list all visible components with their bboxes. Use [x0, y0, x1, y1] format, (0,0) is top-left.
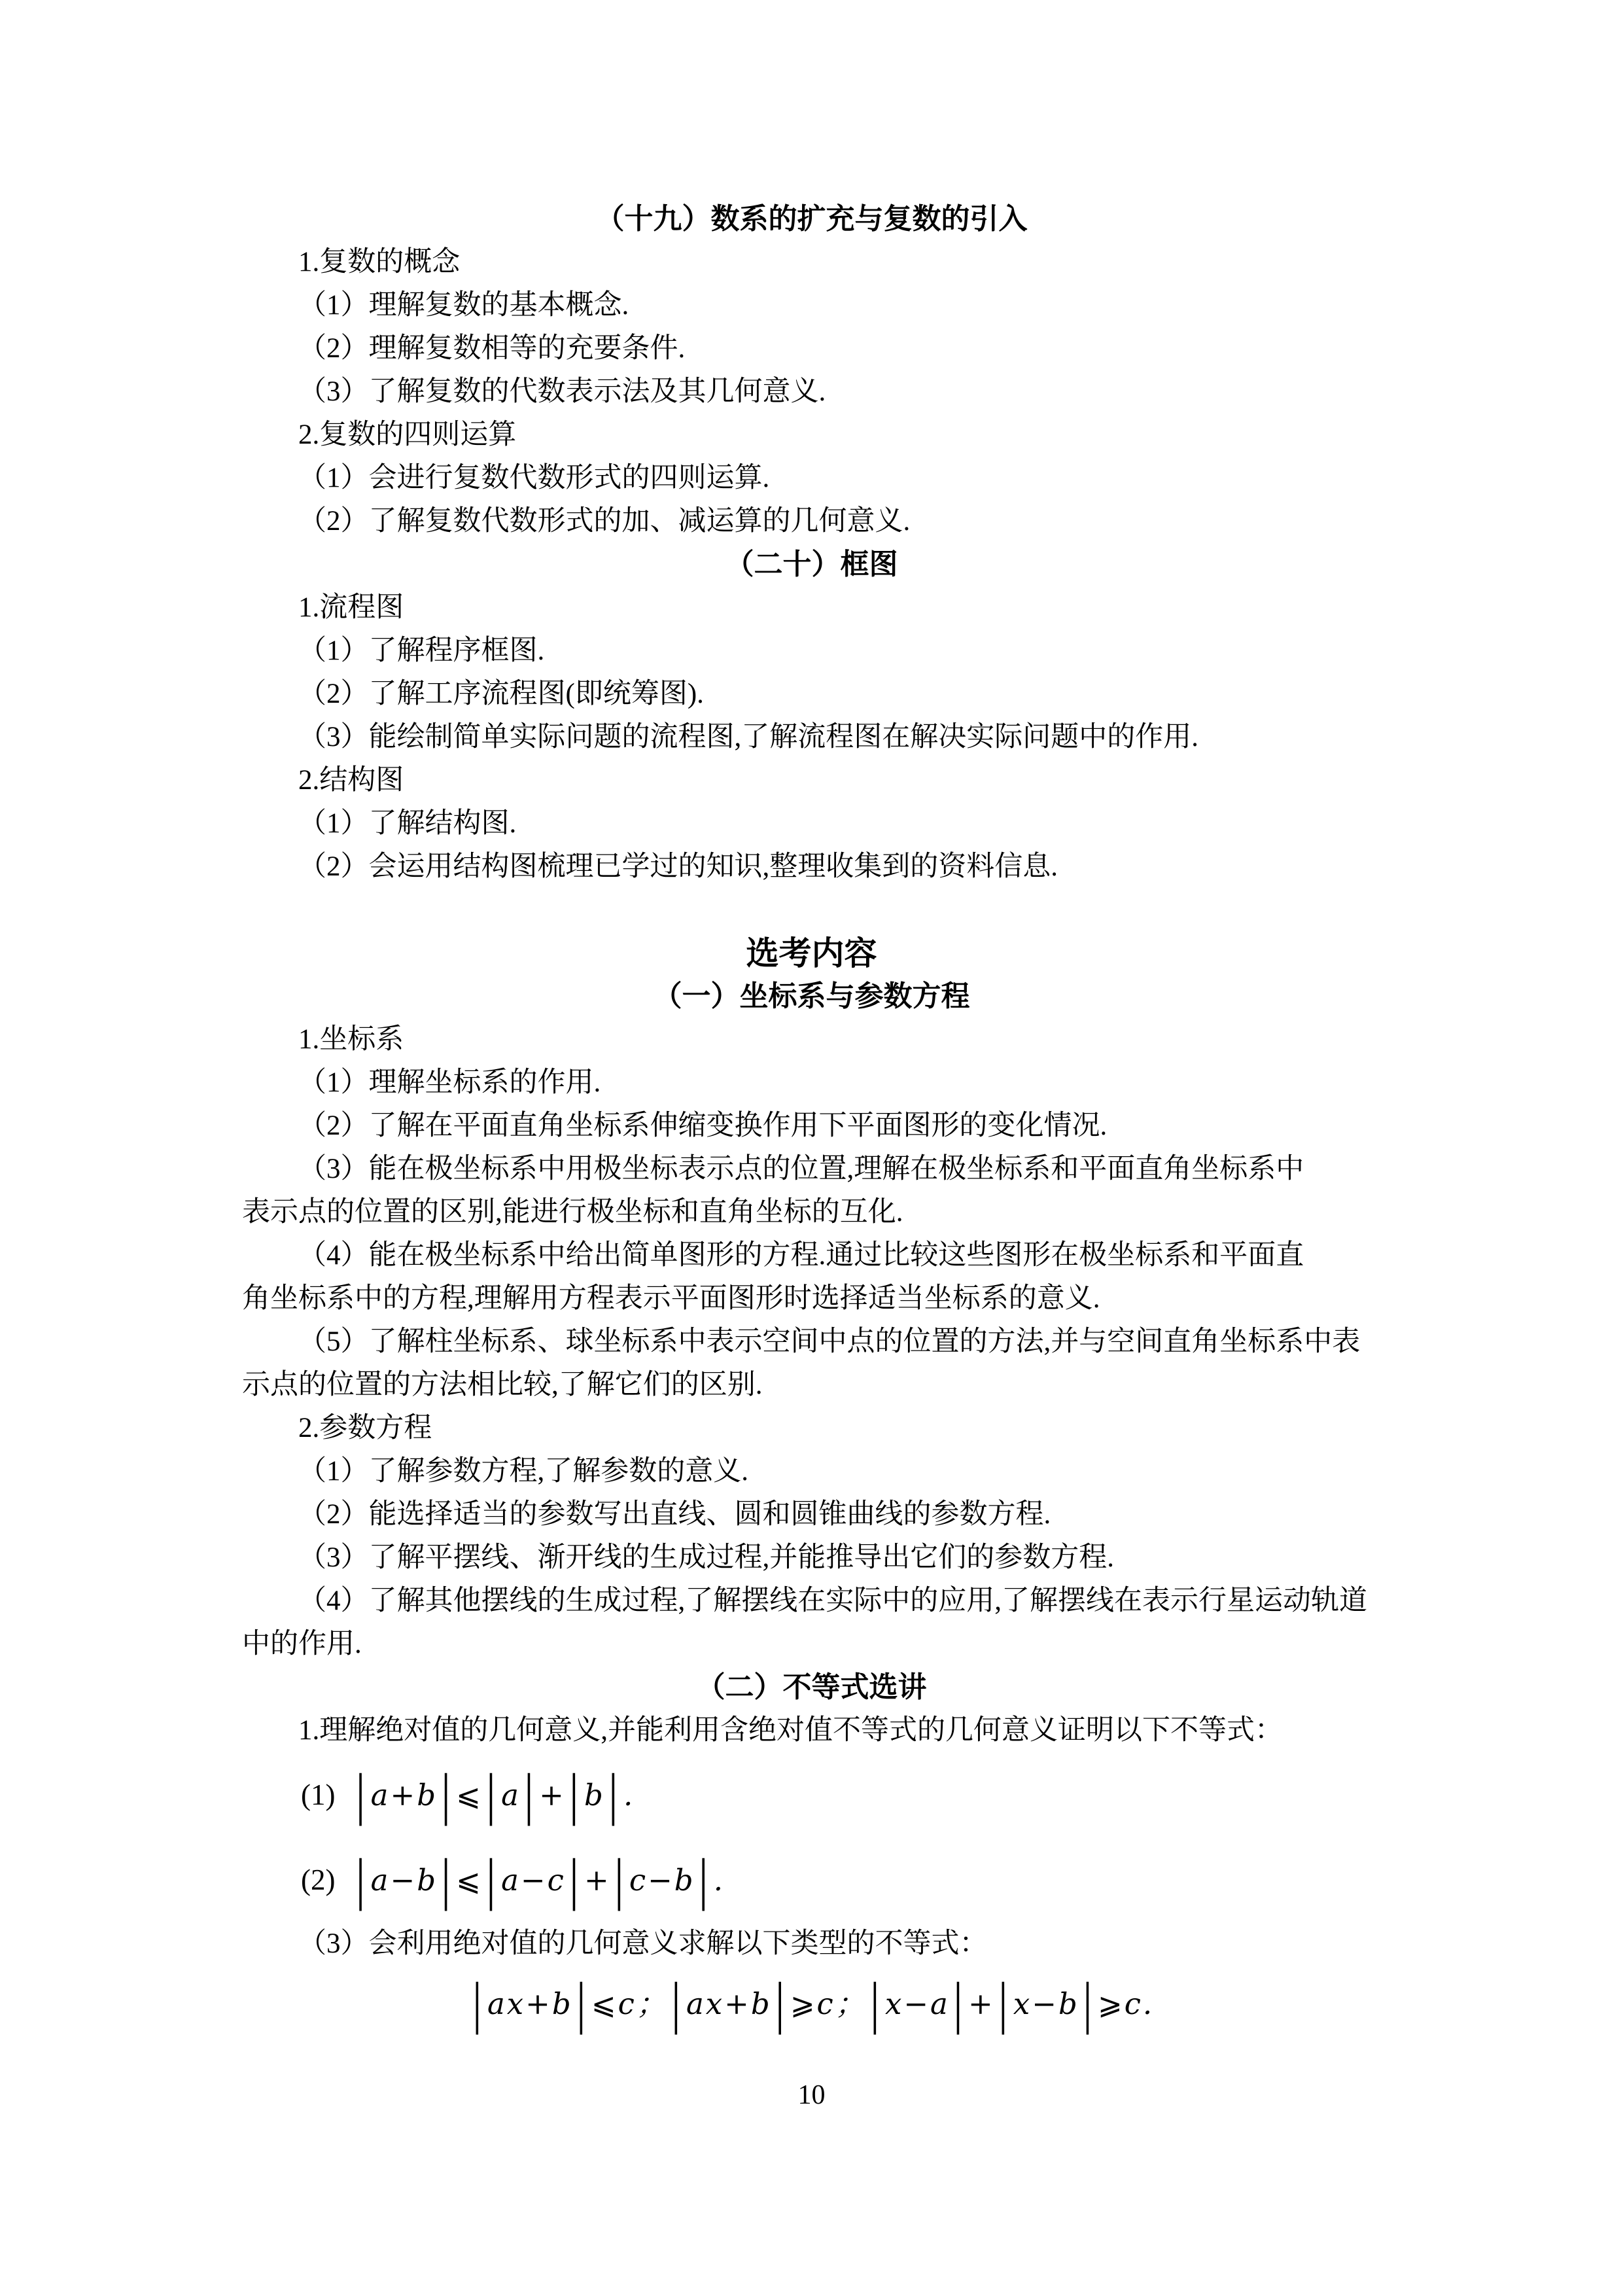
- syllabus-line: 1.流程图: [242, 586, 1381, 629]
- section-e1-title: （一）坐标系与参数方程: [242, 975, 1381, 1018]
- section-e2-title: （二）不等式选讲: [242, 1666, 1381, 1709]
- syllabus-line-continued: 中的作用.: [242, 1623, 1381, 1666]
- syllabus-line: 1.理解绝对值的几何意义,并能利用含绝对值不等式的几何意义证明以下不等式：: [242, 1709, 1381, 1752]
- syllabus-line: （1）理解坐标系的作用.: [242, 1061, 1381, 1104]
- page-content: （十九）数系的扩充与复数的引入 1.复数的概念 （1）理解复数的基本概念. （2…: [242, 198, 1381, 2113]
- syllabus-line: （2）会运用结构图梳理已学过的知识,整理收集到的资料信息.: [242, 845, 1381, 889]
- syllabus-line: （3）了解复数的代数表示法及其几何意义.: [242, 370, 1381, 414]
- syllabus-line: （1）了解参数方程,了解参数的意义.: [242, 1450, 1381, 1493]
- syllabus-line: （1）了解结构图.: [242, 802, 1381, 845]
- page-number: 10: [242, 2077, 1381, 2113]
- syllabus-line: （3）了解平摆线、渐开线的生成过程,并能推导出它们的参数方程.: [242, 1536, 1381, 1580]
- syllabus-line: （3）能在极坐标系中用极坐标表示点的位置,理解在极坐标系和平面直角坐标系中: [242, 1148, 1381, 1191]
- syllabus-line: （2）理解复数相等的充要条件.: [242, 327, 1381, 370]
- syllabus-line-continued: 表示点的位置的区别,能进行极坐标和直角坐标的互化.: [242, 1191, 1381, 1234]
- math-formula: |a+b|⩽|a|+|b|.: [352, 1778, 635, 1812]
- math-formula: |a−b|⩽|a−c|+|c−b|.: [352, 1863, 725, 1898]
- syllabus-line: （2）了解在平面直角坐标系伸缩变换作用下平面图形的变化情况.: [242, 1104, 1381, 1148]
- syllabus-line: （1）了解程序框图.: [242, 629, 1381, 673]
- syllabus-line: （2）了解工序流程图(即统筹图).: [242, 673, 1381, 716]
- syllabus-line: 1.坐标系: [242, 1018, 1381, 1061]
- syllabus-line: 2.复数的四则运算: [242, 414, 1381, 457]
- syllabus-line: （3）能绘制简单实际问题的流程图,了解流程图在解决实际问题中的作用.: [242, 716, 1381, 759]
- blank-line: [242, 889, 1381, 932]
- syllabus-line: （4）了解其他摆线的生成过程,了解摆线在实际中的应用,了解摆线在表示行星运动轨道: [242, 1580, 1381, 1623]
- syllabus-line: （5）了解柱坐标系、球坐标系中表示空间中点的位置的方法,并与空间直角坐标系中表: [242, 1320, 1381, 1364]
- inequality-types-line: |ax+b|⩽c；|ax+b|⩾c；|x−a|+|x−b|⩾c.: [242, 1966, 1381, 2036]
- document-page: （十九）数系的扩充与复数的引入 1.复数的概念 （1）理解复数的基本概念. （2…: [0, 0, 1623, 2296]
- elective-content-title: 选考内容: [242, 932, 1381, 975]
- syllabus-line: （1）会进行复数代数形式的四则运算.: [242, 457, 1381, 500]
- syllabus-line: 1.复数的概念: [242, 241, 1381, 284]
- syllabus-line: 2.参数方程: [242, 1407, 1381, 1450]
- syllabus-line: （2）了解复数代数形式的加、减运算的几何意义.: [242, 500, 1381, 543]
- syllabus-line: （4）能在极坐标系中给出简单图形的方程.通过比较这些图形在极坐标系和平面直: [242, 1234, 1381, 1277]
- inequality-line-1: (1) |a+b|⩽|a|+|b|.: [242, 1752, 1381, 1837]
- section-20-title: （二十）框图: [242, 543, 1381, 586]
- inequality-line-2: (2) |a−b|⩽|a−c|+|c−b|.: [242, 1837, 1381, 1922]
- section-19-title: （十九）数系的扩充与复数的引入: [242, 198, 1381, 241]
- math-formula: |ax+b|⩽c；|ax+b|⩾c；|x−a|+|x−b|⩾c.: [469, 1980, 1154, 2022]
- syllabus-line: （2）能选择适当的参数写出直线、圆和圆锥曲线的参数方程.: [242, 1493, 1381, 1536]
- item-label: (2): [301, 1863, 335, 1897]
- syllabus-line: （3）会利用绝对值的几何意义求解以下类型的不等式：: [242, 1922, 1381, 1966]
- syllabus-line: （1）理解复数的基本概念.: [242, 284, 1381, 327]
- item-label: (1): [301, 1778, 335, 1812]
- syllabus-line-continued: 角坐标系中的方程,理解用方程表示平面图形时选择适当坐标系的意义.: [242, 1277, 1381, 1320]
- syllabus-line-continued: 示点的位置的方法相比较,了解它们的区别.: [242, 1364, 1381, 1407]
- syllabus-line: 2.结构图: [242, 759, 1381, 802]
